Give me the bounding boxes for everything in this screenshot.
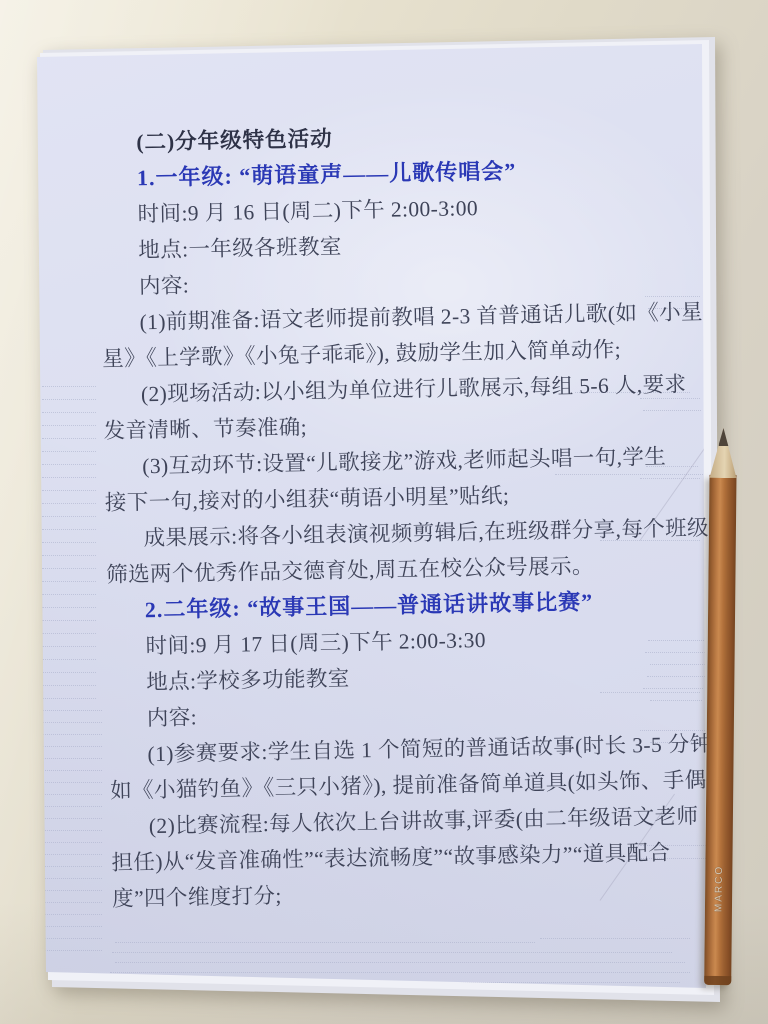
ghost-line	[112, 952, 672, 953]
ghost-line	[42, 555, 96, 556]
pencil-lead-tip	[718, 428, 728, 446]
ghost-line	[42, 568, 96, 569]
ghost-line	[42, 594, 96, 595]
ghost-line	[42, 646, 96, 647]
ghost-line	[40, 806, 102, 807]
ghost-line	[40, 914, 102, 915]
ghost-line	[40, 770, 102, 771]
ghost-line	[42, 477, 96, 478]
ghost-line	[42, 685, 96, 686]
ghost-line	[115, 962, 685, 963]
ghost-line	[40, 866, 102, 867]
ghost-line	[40, 794, 102, 795]
ghost-line	[42, 490, 96, 491]
ghost-line	[40, 782, 102, 783]
ghost-line	[40, 890, 102, 891]
ghost-line	[42, 412, 96, 413]
pencil-brand-text: MARCO	[713, 865, 724, 912]
ghost-line	[540, 938, 690, 939]
ghost-line	[42, 659, 96, 660]
ghost-line	[42, 607, 96, 608]
ghost-line	[40, 758, 102, 759]
ghost-line	[40, 818, 102, 819]
ghost-line	[42, 425, 96, 426]
ghost-line	[40, 854, 102, 855]
ghost-line	[42, 516, 96, 517]
ghost-line	[42, 451, 96, 452]
ghost-line	[40, 830, 102, 831]
ghost-line	[42, 542, 96, 543]
ghost-line	[42, 464, 96, 465]
ghost-line	[42, 503, 96, 504]
ghost-line	[42, 633, 96, 634]
text-layer: (二)分年级特色活动1.一年级: “萌语童声——儿歌传唱会”时间:9 月 16 …	[98, 114, 690, 916]
ghost-line	[42, 438, 96, 439]
ghost-line	[40, 902, 102, 903]
ghost-line	[42, 581, 96, 582]
ghost-line	[40, 950, 102, 951]
ghost-line	[42, 698, 96, 699]
ghost-line	[40, 842, 102, 843]
ghost-line	[40, 734, 102, 735]
ghost-line	[40, 926, 102, 927]
ghost-line	[42, 399, 96, 400]
ghost-line	[42, 529, 96, 530]
ghost-line	[40, 722, 102, 723]
ghost-line	[110, 972, 690, 973]
ghost-line	[40, 878, 102, 879]
ghost-line	[42, 672, 96, 673]
ghost-line	[40, 938, 102, 939]
ghost-line	[40, 746, 102, 747]
ghost-line	[42, 620, 96, 621]
ghost-line	[40, 710, 102, 711]
ghost-line	[115, 942, 535, 943]
ghost-line	[42, 386, 96, 387]
